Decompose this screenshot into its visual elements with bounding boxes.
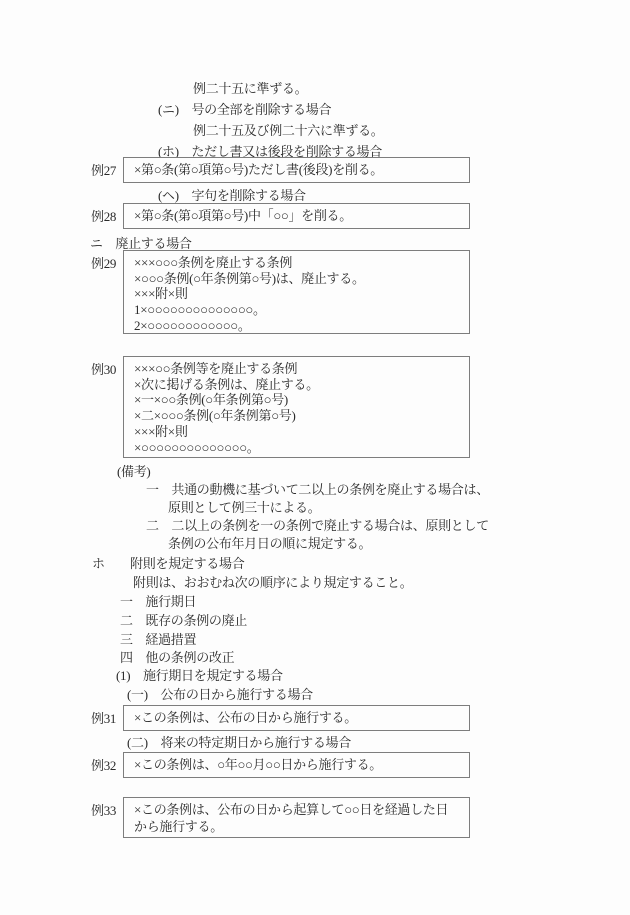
example-box: ×第○条(第○項第○号)ただし書(後段)を削る。 [123,157,470,183]
example-line: ×××○○○条例を廃止する条例 [134,255,463,271]
section-heading: ニ 廃止する場合 [90,237,192,251]
remarks-heading: (備考) [117,465,150,479]
example-box: ×××○○○条例を廃止する条例 ×○○○条例(○年条例第○号)は、廃止する。 ×… [123,250,470,334]
example-label: 例33 [91,800,116,819]
list-item: 二 既存の条例の廃止 [120,614,247,628]
example-box: ×××○○条例等を廃止する条例 ×次に掲げる条例は、廃止する。 ×一×○○条例(… [123,356,470,458]
text-line: 原則として例三十による。 [168,501,320,515]
example-line: ×この条例は、○年○○月○○日から施行する。 [134,757,382,773]
text-line: 二 二以上の条例を一の条例で廃止する場合は、原則として [146,519,489,533]
text-line: (二) 将来の特定期日から施行する場合 [127,736,351,750]
example-line: ×××附×則 [134,286,463,302]
example-line: ×××○○条例等を廃止する条例 [134,361,463,377]
example-line: から施行する。 [134,819,463,836]
text-line: (ニ) 号の全部を削除する場合 [158,103,331,117]
example-line: ×一×○○条例(○年条例第○号) [134,392,463,408]
example-label: 例27 [91,160,116,179]
example-line: ×○○○○○○○○○○○○○○。 [134,440,463,456]
example-line: ×××附×則 [134,424,463,440]
example-line: ×この条例は、公布の日から起算して○○日を経過した日 [134,802,463,819]
text-line: 附則は、おおむね次の順序により規定すること。 [133,576,412,590]
example-line: ×第○条(第○項第○号)中「○○」を削る。 [134,208,352,224]
text-line: 条例の公布年月日の順に規定する。 [168,537,371,551]
example-line: ×この条例は、公布の日から施行する。 [134,710,357,726]
section-heading: ホ 附則を規定する場合 [92,557,244,571]
text-line: 例二十五に準ずる。 [193,82,307,96]
list-item: 一 施行期日 [120,595,196,609]
example-box: ×この条例は、公布の日から起算して○○日を経過した日 から施行する。 [123,797,470,838]
example-label: 例31 [91,708,116,727]
example-line: ×○○○条例(○年条例第○号)は、廃止する。 [134,271,463,287]
example-box: ×第○条(第○項第○号)中「○○」を削る。 [123,203,470,229]
list-item: 四 他の条例の改正 [120,651,234,665]
list-item: 三 経過措置 [120,633,196,647]
example-label: 例29 [91,253,116,272]
example-line: 1×○○○○○○○○○○○○○○。 [134,302,463,318]
text-line: (1) 施行期日を規定する場合 [116,669,283,683]
example-box: ×この条例は、公布の日から施行する。 [123,705,470,731]
text-line: (一) 公布の日から施行する場合 [127,688,313,702]
example-label: 例28 [91,206,116,225]
text-line: 一 共通の動機に基づいて二以上の条例を廃止する場合は、 [146,483,489,497]
example-line: ×二×○○○条例(○年条例第○号) [134,408,463,424]
example-label: 例30 [91,359,116,378]
example-box: ×この条例は、○年○○月○○日から施行する。 [123,752,470,778]
text-line: 例二十五及び例二十六に準ずる。 [193,124,384,138]
example-line: ×次に掲げる条例は、廃止する。 [134,377,463,393]
example-line: 2×○○○○○○○○○○○○。 [134,318,463,334]
example-line: ×第○条(第○項第○号)ただし書(後段)を削る。 [134,162,383,178]
text-line: (ヘ) 字句を削除する場合 [158,189,306,203]
example-label: 例32 [91,755,116,774]
document-page: 例二十五に準ずる。 (ニ) 号の全部を削除する場合 例二十五及び例二十六に準ずる… [0,0,630,915]
